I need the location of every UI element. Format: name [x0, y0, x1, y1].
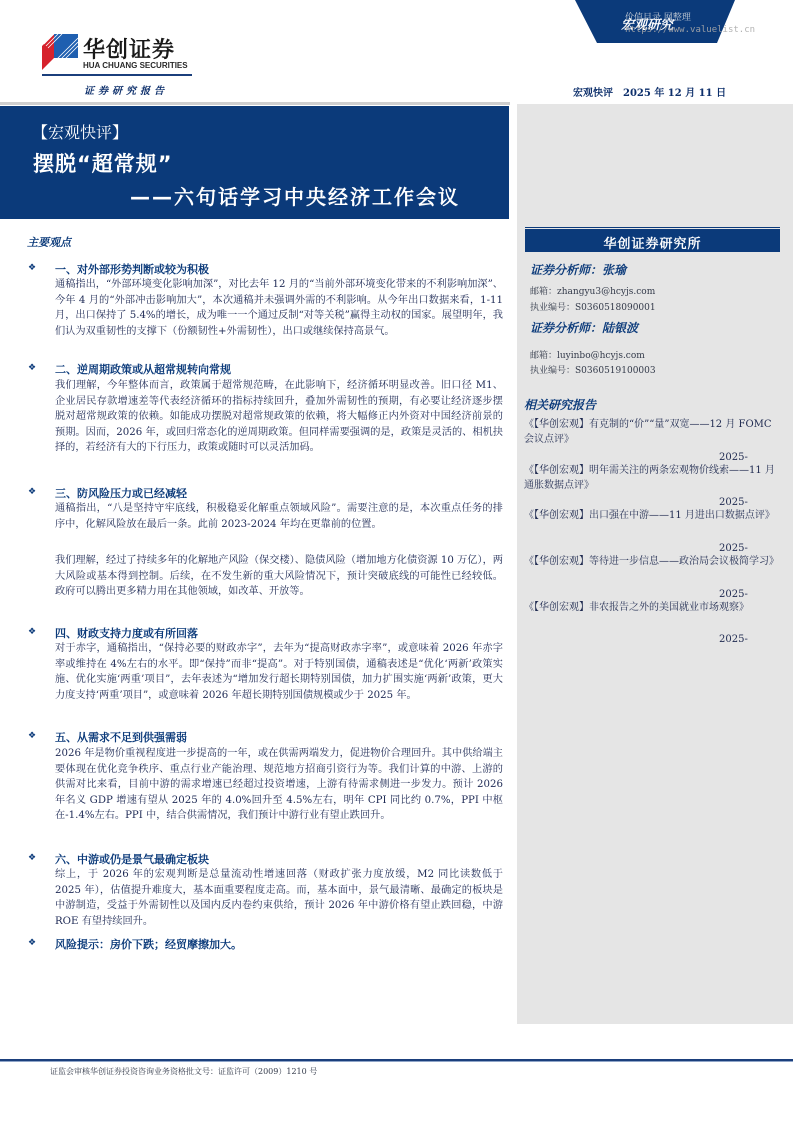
- section-paragraph: 我们理解，今年整体而言，政策属于超常规范畴，在此影响下，经济循环明显改善。旧口径…: [55, 378, 503, 456]
- related-report-date: 2025-: [719, 497, 748, 508]
- page-title: 摆脱“超常规”: [33, 148, 173, 178]
- report-date: 宏观快评 2025 年 12 月 11 日: [573, 84, 726, 99]
- related-report-date: 2025-: [719, 634, 748, 645]
- diamond-bullet-icon: ❖: [28, 938, 36, 948]
- risk-warning: 风险提示：房价下跌；经贸摩擦加大。: [55, 936, 242, 952]
- company-name-cn: 华创证券: [83, 33, 175, 64]
- institute-header: 华创证券研究所: [525, 227, 780, 252]
- related-reports-heading: 相关研究报告: [524, 396, 596, 413]
- related-report-link[interactable]: 《【华创宏观】非农报告之外的美国就业市场观察》: [524, 600, 782, 615]
- diamond-bullet-icon: ❖: [28, 363, 36, 373]
- section-title: 二、逆周期政策或从超常规转向常规: [55, 361, 231, 377]
- top-divider: [0, 102, 510, 105]
- related-report-link[interactable]: 《【华创宏观】等待进一步信息——政治局会议极简学习》: [524, 554, 782, 569]
- section-title: 三、防风险压力或已经减轻: [55, 485, 187, 501]
- report-type-label: 证券研究报告: [84, 82, 168, 97]
- key-points-heading: 主要观点: [27, 234, 71, 250]
- related-report-date: 2025-: [719, 543, 748, 554]
- related-report-link[interactable]: 《【华创宏观】有克制的“价”“量”双宽——12 月 FOMC 会议点评》: [524, 417, 782, 447]
- analyst-name: 证券分析师：张瑜: [530, 261, 626, 278]
- analyst-license: 执业编号：S0360519100003: [530, 363, 656, 376]
- section-paragraph: 2026 年是物价重视程度进一步提高的一年，或在供需两端发力，促进物价合理回升。…: [55, 746, 503, 824]
- section-title: 四、财政支持力度或有所回落: [55, 625, 198, 641]
- section-title: 六、中游或仍是景气最确定板块: [55, 851, 209, 867]
- logo-cube-icon: [42, 34, 78, 70]
- related-report-link[interactable]: 《【华创宏观】明年需关注的两条宏观物价线索——11 月通胀数据点评》: [524, 463, 782, 493]
- related-report-link[interactable]: 《【华创宏观】出口强在中游——11 月进出口数据点评》: [524, 508, 782, 523]
- related-report-date: 2025-: [719, 452, 748, 463]
- diamond-bullet-icon: ❖: [28, 487, 36, 497]
- company-name-en: HUA CHUANG SECURITIES: [83, 61, 188, 70]
- diamond-bullet-icon: ❖: [28, 263, 36, 273]
- watermark-line-2: https://www.valuelist.cn: [625, 24, 755, 36]
- institute-header-line: [525, 228, 780, 229]
- diamond-bullet-icon: ❖: [28, 853, 36, 863]
- license-statement: 证监会审核华创证券投资咨询业务资格批文号：证监许可（2009）1210 号: [50, 1066, 317, 1077]
- diamond-bullet-icon: ❖: [28, 627, 36, 637]
- sidebar: 华创证券研究所 证券分析师：张瑜 邮箱：zhangyu3@hcyjs.com 执…: [517, 104, 793, 1024]
- section-paragraph: 对于赤字，通稿指出，“保持必要的财政赤字”，去年为“提高财政赤字率”，或意味着 …: [55, 641, 503, 703]
- analyst-license: 执业编号：S0360518090001: [530, 300, 656, 313]
- page-subtitle: ——六句话学习中央经济工作会议: [130, 181, 460, 210]
- watermark-line-1: 价值目录 网整理: [625, 12, 755, 24]
- section-title: 一、对外部形势判断或较为积极: [55, 261, 209, 277]
- related-report-date: 2025-: [719, 589, 748, 600]
- watermark: 价值目录 网整理 https://www.valuelist.cn: [625, 12, 755, 36]
- section-paragraph: 通稿指出，“八是坚持守牢底线，积极稳妥化解重点领域风险”。需要注意的是，本次重点…: [55, 501, 503, 532]
- banner-tag: 【宏观快评】: [32, 120, 128, 143]
- section-paragraph: 我们理解，经过了持续多年的化解地产风险（保交楼）、隐债风险（增加地方化债资源 1…: [55, 553, 503, 600]
- analyst-name: 证券分析师：陆银波: [530, 319, 638, 336]
- logo-divider: [42, 74, 192, 76]
- section-paragraph: 综上，于 2026 年的宏观判断是总量流动性增速回落（财政扩张力度放缓，M2 同…: [55, 867, 503, 929]
- analyst-email[interactable]: 邮箱：luyinbo@hcyjs.com: [530, 348, 645, 361]
- institute-name: 华创证券研究所: [525, 233, 780, 252]
- title-banner: 【宏观快评】 摆脱“超常规” ——六句话学习中央经济工作会议: [0, 106, 509, 219]
- section-title: 五、从需求不足到供强需弱: [55, 729, 187, 745]
- section-paragraph: 通稿指出，“外部环境变化影响加深”，对比去年 12 月的“当前外部环境变化带来的…: [55, 277, 503, 339]
- analyst-email[interactable]: 邮箱：zhangyu3@hcyjs.com: [530, 284, 655, 297]
- company-logo: 华创证券 HUA CHUANG SECURITIES: [42, 33, 192, 78]
- footer-divider-light: [0, 1061, 793, 1062]
- diamond-bullet-icon: ❖: [28, 731, 36, 741]
